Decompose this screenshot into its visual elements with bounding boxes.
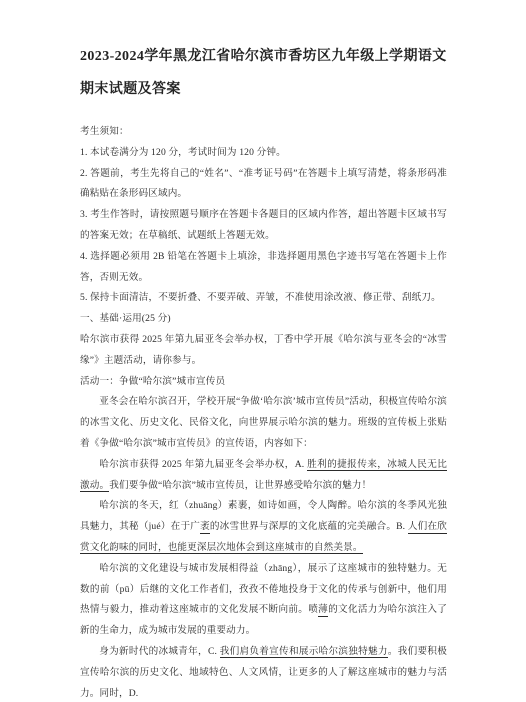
section-basics: 一、基础·运用(25 分) 哈尔滨市获得 2025 年第九届亚冬会举办权，丁香中… [80,309,447,702]
section-intro: 哈尔滨市获得 2025 年第九届亚冬会举办权，丁香中学开展《哈尔滨与亚冬会的“冰… [80,330,447,372]
marked-character-bo: 薄 [318,604,328,617]
poster-paragraph-2: 哈尔滨的冬天，红（zhuāng）素裹，如诗如画，令人陶醉。哈尔滨的冬季风光独具魅… [80,496,447,558]
candidate-notice: 考生须知： 1. 本试卷满分为 120 分，考试时间为 120 分钟。 2. 答… [80,122,447,309]
underlined-sentence-c: 我们肩负着宣传和展示哈尔滨独特魅力 [220,646,388,659]
activity-heading: 活动一：争做“哈尔滨”城市宣传员 [80,372,447,393]
text-segment: 身为新时代的冰城青年，C. [99,646,220,657]
document-page: 2023-2024学年黑龙江省哈尔滨市香坊区九年级上学期语文 期末试题及答案 考… [0,0,526,702]
notice-item-5: 5. 保持卡面清洁，不要折叠、不要弄破、弄皱，不准使用涂改液、修正带、刮纸刀。 [80,288,447,309]
notice-item-4: 4. 选择题必须用 2B 铅笔在答题卡上填涂，非选择题用黑色字迹书写笔在答题卡上… [80,247,447,289]
poster-paragraph-1: 哈尔滨市获得 2025 年第九届亚冬会举办权，A. 胜利的捷报传来，冰城人民无比… [80,455,447,497]
notice-item-3: 3. 考生作答时，请按照题号顺序在答题卡各题目的区域内作答，超出答题卡区域书写的… [80,205,447,247]
notice-item-2: 2. 答题前，考生先将自己的“姓名”、“准考证号码”在答题卡上填写清楚，将条形码… [80,164,447,206]
activity-paragraph-1: 亚冬会在哈尔滨召开，学校开展“争做‘哈尔滨’城市宣传员”活动，积极宣传哈尔滨的冰… [80,392,447,454]
title-line-1: 2023-2024学年黑龙江省哈尔滨市香坊区九年级上学期语文 [80,40,447,73]
poster-paragraph-4: 身为新时代的冰城青年，C. 我们肩负着宣传和展示哈尔滨独特魅力。我们要积极宣传哈… [80,642,447,702]
notice-item-1: 1. 本试卷满分为 120 分，考试时间为 120 分钟。 [80,143,447,164]
notice-heading: 考生须知： [80,122,447,143]
text-segment: 我们要争做“哈尔滨”城市宣传员，让世界感受哈尔滨的魅力！ [109,480,371,491]
document-title: 2023-2024学年黑龙江省哈尔滨市香坊区九年级上学期语文 期末试题及答案 [80,40,447,106]
poster-paragraph-3: 哈尔滨的文化建设与城市发展相得益（zhāng），展示了这座城市的独特魅力。无数的… [80,559,447,642]
marked-character-mao: 袤 [200,521,210,534]
text-segment: 哈尔滨市获得 2025 年第九届亚冬会举办权，A. [99,459,307,470]
section-heading: 一、基础·运用(25 分) [80,309,447,330]
title-line-2: 期末试题及答案 [80,73,447,106]
text-segment: 的冰雪世界与深厚的文化底蕴的完美融合。B. [210,521,408,532]
